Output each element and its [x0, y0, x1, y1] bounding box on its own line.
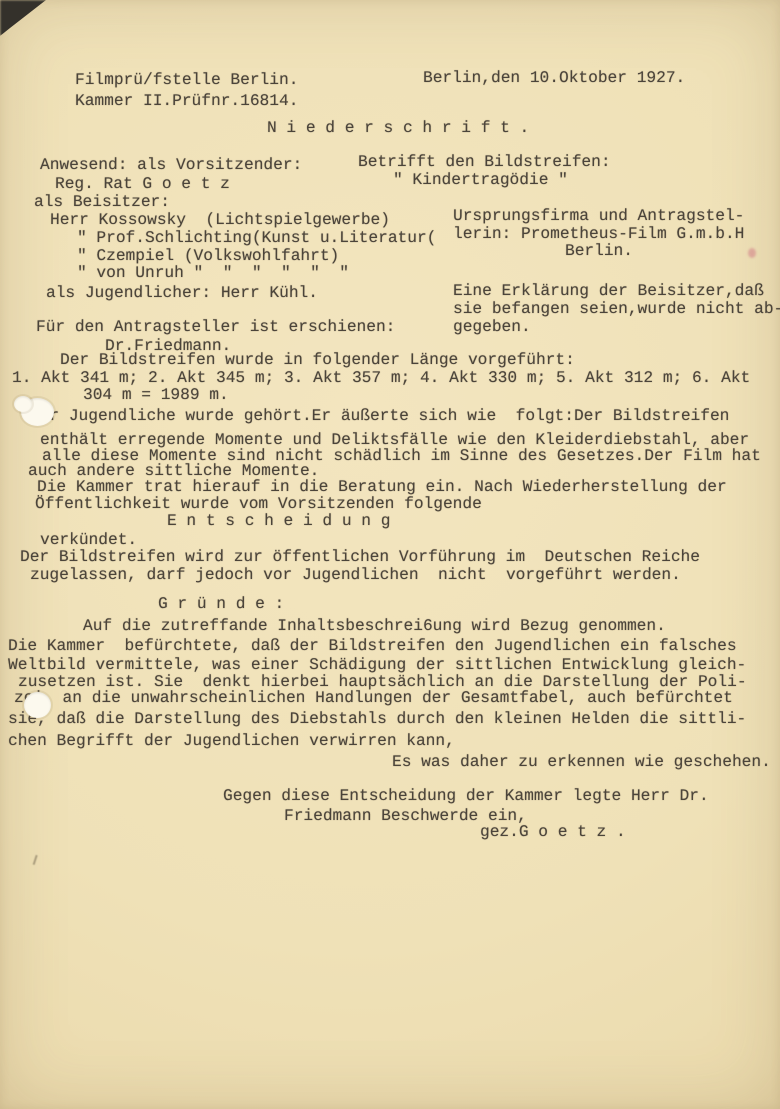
total-length-line: 304 m = 1989 m.: [83, 385, 229, 405]
verdict-line: Es was daher zu erkennen wie geschehen.: [392, 752, 771, 772]
punch-hole: [24, 692, 51, 718]
punch-hole: [14, 396, 32, 412]
scan-corner-shadow: [0, 0, 48, 36]
reasons-line: chen Begrifft der Jugendlichen verwirren…: [8, 731, 455, 751]
appeal-line: Gegen diese Entscheidung der Kammer legt…: [223, 786, 709, 806]
assessor-row: " von Unruh " " " " " ": [77, 263, 349, 283]
company-city: Berlin.: [565, 241, 633, 261]
applicant-line: Für den Antragsteller ist erschienen:: [36, 317, 396, 337]
office-name-line: Filmprü/fstelle Berlin.: [75, 70, 299, 90]
company-line: Ursprungsfirma und Antragstel-: [453, 206, 745, 226]
youth-member-line: als Jugendlicher: Herr Kühl.: [46, 283, 318, 303]
length-intro-line: Der Bildstreifen wurde in folgender Läng…: [60, 350, 575, 370]
declaration-line: gegeben.: [453, 317, 531, 337]
paper-stain: [748, 248, 756, 258]
hearing-line: Der Jugendliche wurde gehört.Er äußerte …: [30, 406, 730, 426]
reasons-line: Auf die zutreffande Inhaltsbeschrei6ung …: [83, 616, 666, 636]
declaration-line: sie befangen seien,wurde nicht ab-: [453, 299, 780, 319]
declaration-line: Eine Erklärung der Beisitzer,daß: [453, 281, 764, 301]
case-number-line: Kammer II.Prüfnr.16814.: [75, 91, 299, 111]
reasons-heading: G r ü n d e :: [158, 594, 284, 614]
reasons-line: Die Kammer befürchtete, daß der Bildstre…: [8, 636, 737, 656]
assessor-row: " Prof.Schlichting(Kunst u.Literatur(: [77, 228, 437, 248]
chairman-name: Reg. Rat G o e t z: [55, 174, 230, 194]
film-title: " Kindertragödie ": [393, 170, 568, 190]
decision-heading: E n t s c h e i d u n g: [167, 511, 391, 531]
signature-line: gez.G o e t z .: [480, 822, 626, 842]
reasons-line: zei, an die unwahrscheinlichen Handlunge…: [14, 688, 733, 708]
reasons-line: sie, daß die Darstellung des Diebstahls …: [8, 709, 746, 729]
decision-line: Der Bildstreifen wird zur öffentlichen V…: [20, 547, 700, 567]
stray-ink-mark: [33, 855, 45, 867]
scanned-document-page: Filmprü/fstelle Berlin. Kammer II.Prüfnr…: [0, 0, 780, 1109]
subject-heading: Betrifft den Bildstreifen:: [358, 152, 611, 172]
assessor-row: Herr Kossowsky (Lichtspielgewerbe): [50, 210, 390, 230]
document-title: N i e d e r s c h r i f t .: [267, 118, 529, 138]
present-heading: Anwesend: als Vorsitzender:: [40, 155, 302, 175]
decision-line: zugelassen, darf jedoch vor Jugendlichen…: [30, 565, 681, 585]
assessors-heading: als Beisitzer:: [34, 192, 170, 212]
date-line: Berlin,den 10.Oktober 1927.: [423, 68, 685, 88]
